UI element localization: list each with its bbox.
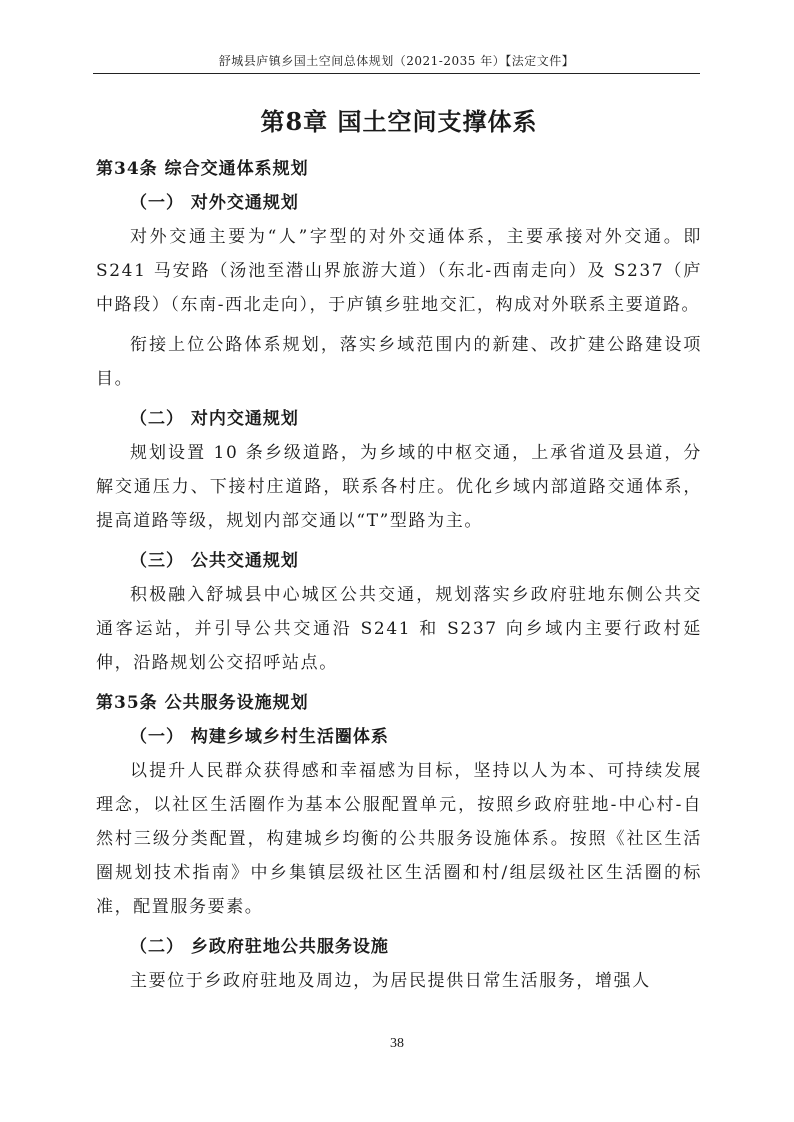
section-heading: （三） 公共交通规划 [96, 544, 702, 578]
article-heading: 第35条 公共服务设施规划 [96, 686, 702, 720]
paragraph: 主要位于乡政府驻地及周边，为居民提供日常生活服务，增强人 [96, 964, 702, 998]
section-heading: （二） 对内交通规划 [96, 402, 702, 436]
paragraph: 规划设置 10 条乡级道路，为乡域的中枢交通，上承省道及县道，分解交通压力、下接… [96, 436, 702, 538]
paragraph: 衔接上位公路体系规划，落实乡域范围内的新建、改扩建公路建设项目。 [96, 328, 702, 396]
paragraph: 积极融入舒城县中心城区公共交通，规划落实乡政府驻地东侧公共交通客运站，并引导公共… [96, 578, 702, 680]
section-heading: （一） 构建乡域乡村生活圈体系 [96, 720, 702, 754]
section-heading: （一） 对外交通规划 [96, 186, 702, 220]
chapter-title: 第8章 国土空间支撑体系 [96, 104, 702, 140]
article-heading: 第34条 综合交通体系规划 [96, 152, 702, 186]
paragraph: 以提升人民群众获得感和幸福感为目标，坚持以人为本、可持续发展理念，以社区生活圈作… [96, 754, 702, 924]
page-body: 第8章 国土空间支撑体系 第34条 综合交通体系规划 （一） 对外交通规划 对外… [96, 104, 702, 998]
running-header: 舒城县庐镇乡国土空间总体规划（2021-2035 年）【法定文件】 [93, 52, 700, 69]
page-number: 38 [0, 1036, 794, 1052]
header-divider [93, 73, 700, 74]
paragraph: 对外交通主要为“人”字型的对外交通体系，主要承接对外交通。即 S241 马安路（… [96, 220, 702, 322]
section-heading: （二） 乡政府驻地公共服务设施 [96, 930, 702, 964]
